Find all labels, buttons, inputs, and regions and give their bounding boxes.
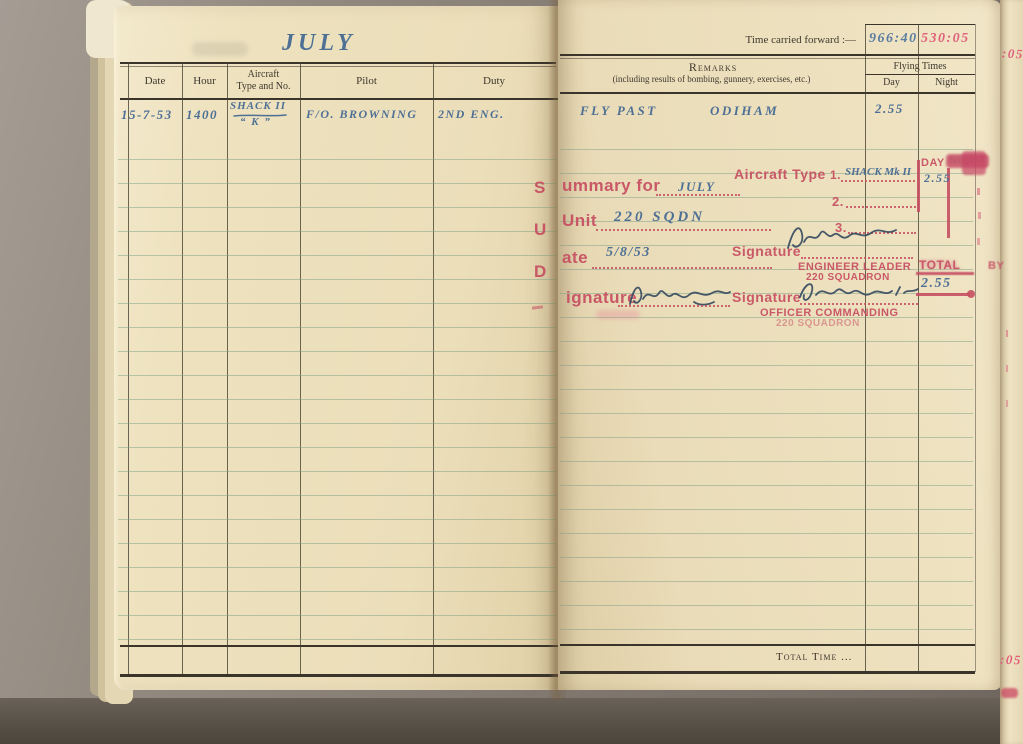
total-line-dot (967, 290, 975, 298)
type1-value: SHACK Mk II (845, 166, 911, 178)
stamp-type2-num: 2. (832, 194, 844, 209)
edge-tick-2 (978, 212, 981, 219)
entry-day-time: 2.55 (875, 101, 904, 117)
col-header-aircraft-1: Aircraft (227, 69, 300, 80)
stamp-officer-commanding-2: 220 SQUADRON (776, 318, 860, 329)
unit-dotted-line (596, 229, 771, 231)
day-column-label: Day (865, 77, 918, 88)
table-top-rule2 (120, 66, 556, 67)
sliver-tick-1 (1006, 330, 1008, 337)
entry-duty: 2ND ENG. (438, 107, 505, 122)
stamp-signature-oc-label: Signature (732, 289, 801, 305)
total-time-label: Total Time ... (776, 651, 852, 663)
pink-smear (596, 310, 640, 319)
unit-value: 220 SQDN (614, 209, 705, 226)
month-title: JULY (282, 30, 356, 57)
stamp-type1-num: 1. (830, 168, 841, 182)
page-bottom-rule (120, 674, 558, 677)
summary-month: JULY (678, 179, 715, 195)
col-header-duty: Duty (433, 75, 555, 87)
entry-date: 15-7-53 (121, 107, 173, 123)
remarks-header-bottom-rule (560, 92, 975, 94)
entry-pilot: F/O. BROWNING (306, 107, 418, 122)
right-border-line (975, 24, 976, 672)
stamp-total-label: TOTAL (919, 258, 960, 272)
pencil-smudge (192, 42, 248, 56)
logbook-scan: JULY Date Hour Aircraft Type and No. Pil… (0, 0, 1023, 744)
right-page: Time carried forward :— 966:40 530:05 Re… (558, 0, 1002, 690)
stamp-unit-label: Unit (562, 211, 597, 231)
carried-forward-label: Time carried forward :— (676, 34, 856, 46)
table-top-rule (120, 62, 556, 64)
entry-remarks-right: ODIHAM (710, 103, 779, 119)
stamp-signature-engineer-label: Signature (732, 243, 801, 259)
sliver-top-fragment: :05 (1002, 45, 1023, 62)
col-header-pilot: Pilot (300, 75, 433, 87)
col-header-hour: Hour (182, 75, 227, 87)
flying-times-label: Flying Times (865, 61, 975, 72)
carried-forward-day: 966:40 (869, 31, 918, 47)
date-value: 5/8/53 (606, 245, 651, 261)
col-header-aircraft-2: Type and No. (227, 81, 300, 92)
remarks-top-rule (560, 54, 975, 56)
totals-rule (120, 645, 558, 647)
remarks-top-rule2 (560, 58, 975, 59)
edge-tick-1 (977, 188, 980, 195)
stamp-date-label: ate (562, 248, 588, 268)
summary-dotted-line (656, 194, 740, 196)
edge-tick-3 (977, 238, 980, 245)
signature-partial-dotted (618, 305, 730, 307)
underlying-page-sliver (1000, 0, 1023, 744)
scan-bottom-shadow (0, 698, 1023, 744)
entry-remarks-left: FLY PAST (580, 103, 658, 119)
sliver-bottom-fragment: :05 (1000, 652, 1022, 669)
sliver-tick-2 (1006, 365, 1008, 372)
total-underline (916, 272, 974, 275)
night-column-label: Night (918, 77, 975, 88)
sliver-red-smudge (1001, 688, 1018, 698)
red-vline-left (917, 160, 920, 212)
stamp-aircraft-type-label: Aircraft Type (734, 166, 826, 182)
entry-aircraft-no: “ K ” (240, 116, 271, 128)
stamp-day-value: 2.55 (924, 171, 951, 186)
col-header-date: Date (128, 75, 182, 87)
remarks-subtitle: (including results of bombing, gunnery, … (558, 74, 865, 84)
date-dotted-line (592, 267, 772, 269)
signature-engineer-dotted (801, 257, 913, 259)
ruled-lines-right (560, 126, 973, 642)
ghost-letter-s: S (534, 178, 546, 198)
left-page: JULY Date Hour Aircraft Type and No. Pil… (114, 6, 558, 690)
carried-forward-box-top (865, 24, 975, 25)
sliver-tick-3 (1006, 400, 1008, 407)
flying-times-underline (865, 74, 975, 75)
type1-dotted-line (841, 180, 915, 182)
stamp-summary-label: ummary for (562, 176, 661, 196)
type2-dotted-line (846, 206, 916, 208)
night-stamp-blob (962, 151, 986, 175)
header-bottom-rule (120, 98, 558, 100)
right-page-bottom-rule (560, 671, 975, 674)
ghost-letter-d: D (534, 262, 547, 282)
entry-hour: 1400 (186, 107, 218, 123)
sliver-mid-fragment: BY (988, 260, 1005, 273)
oc-signature-handwriting (794, 277, 926, 309)
remarks-title: Remarks (598, 60, 828, 75)
ruled-lines-left (118, 136, 556, 648)
entry-aircraft-type: SHACK II (230, 100, 286, 112)
total-time-top-rule (560, 644, 975, 646)
carried-forward-night: 530:05 (921, 31, 970, 47)
ghost-letter-u: U (534, 220, 547, 240)
stamp-day: DAY (921, 157, 945, 169)
